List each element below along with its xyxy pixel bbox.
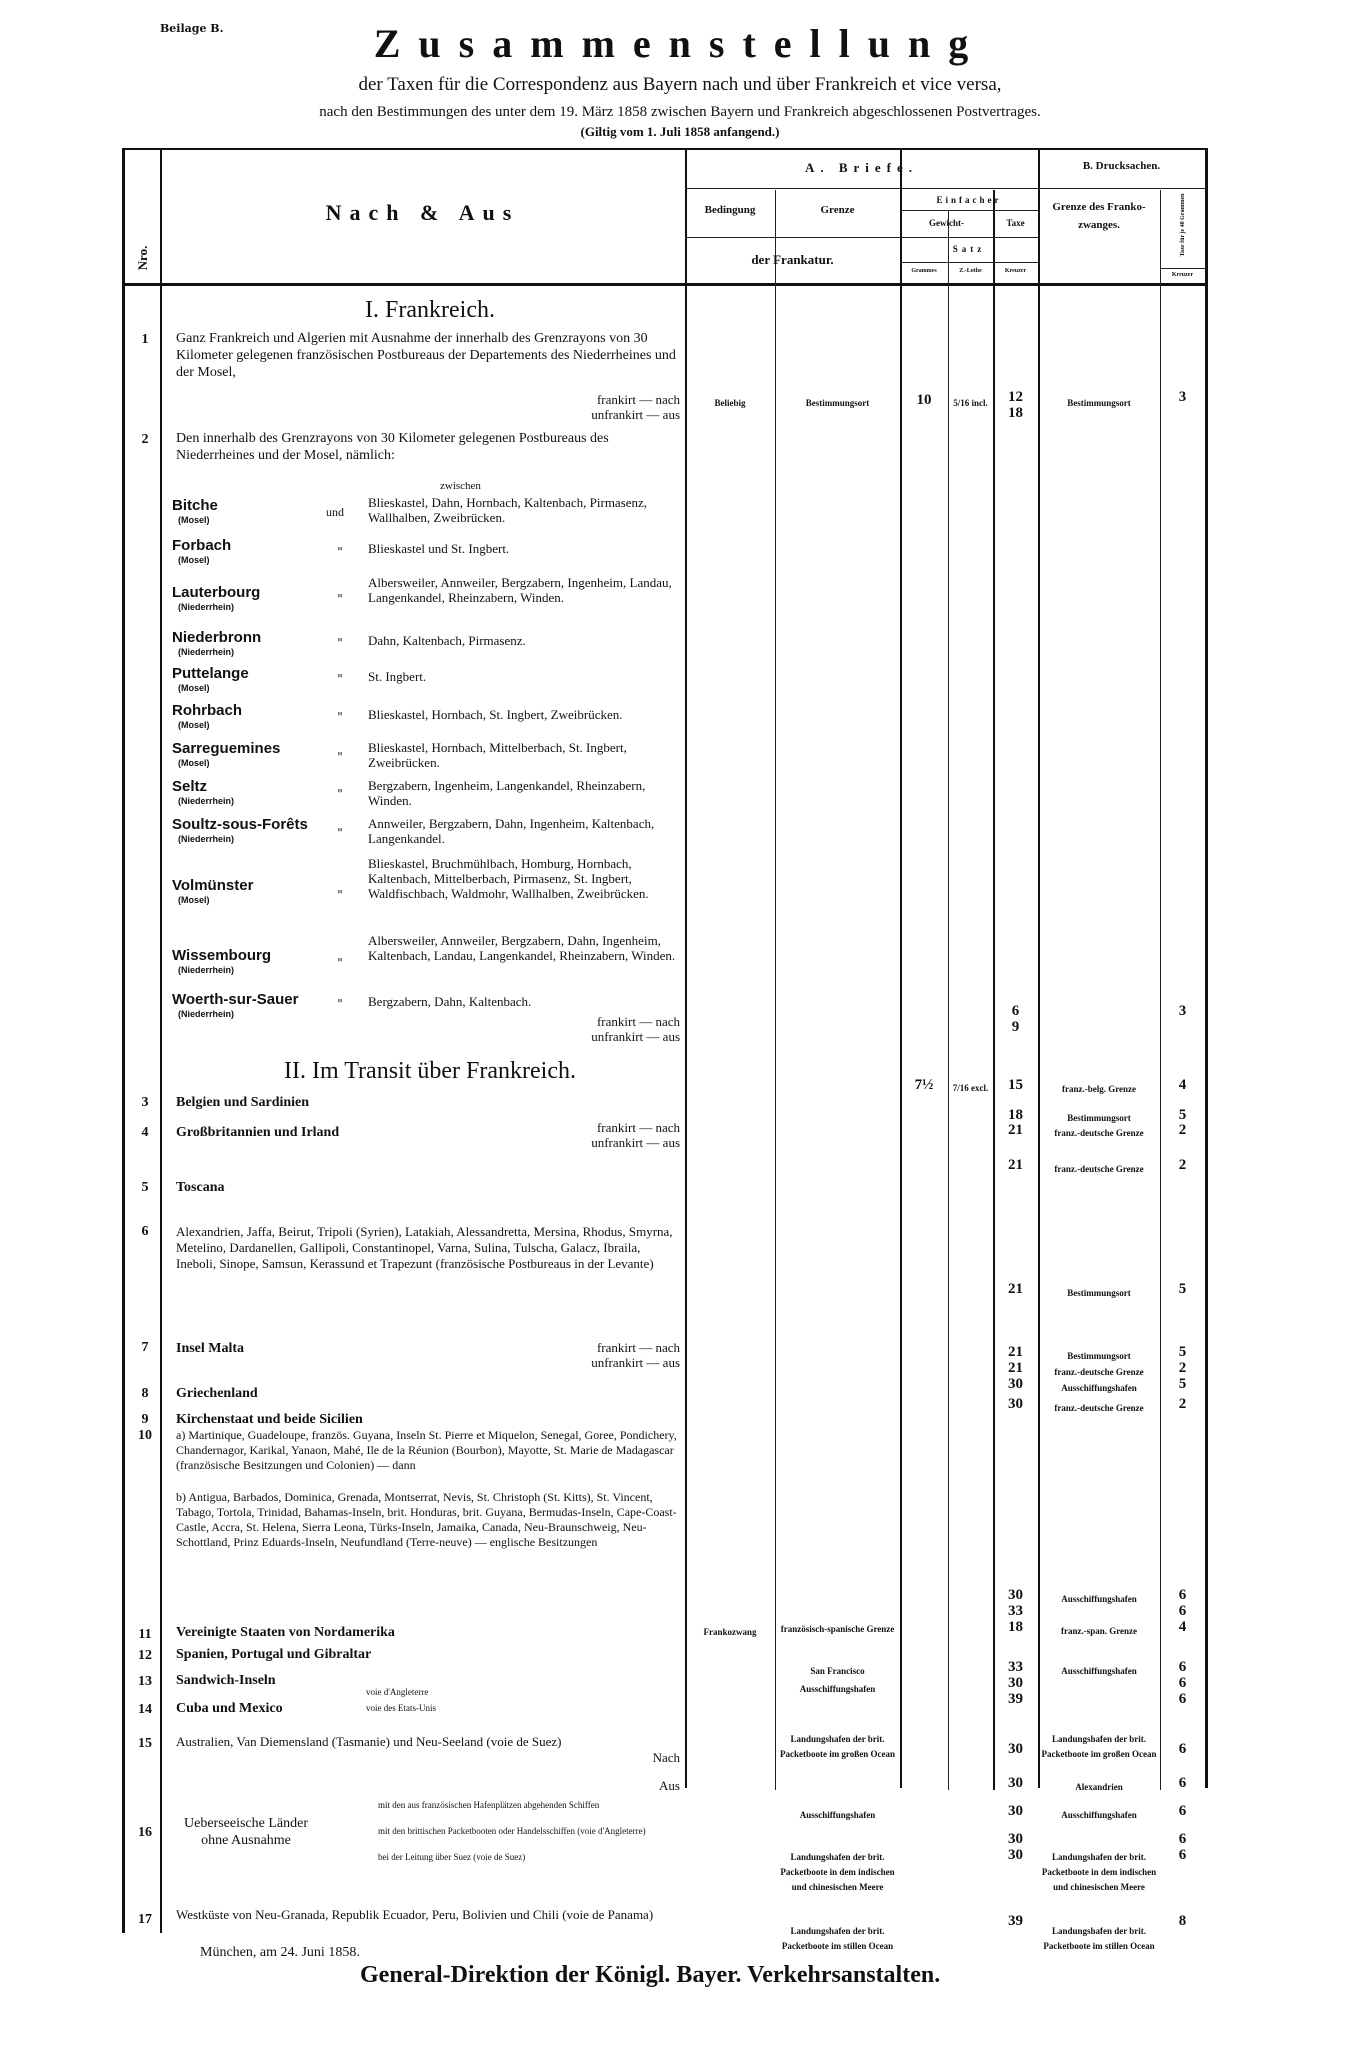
col-kreuzer: Kreuzer — [993, 268, 1038, 274]
taxe-frankirt: 6 — [993, 1004, 1038, 1019]
b-grenze-value: franz.-deutsche Grenze — [1038, 1126, 1160, 1141]
b-grenze-value: Ausschiffungshafen — [1038, 1592, 1160, 1607]
subtitle-1: der Taxen für die Correspondenz aus Baye… — [0, 74, 1360, 96]
b-taxe-value: 6 — [1160, 1676, 1205, 1691]
place-name: Volmünster — [172, 877, 253, 894]
taxe-value: 21 — [993, 1123, 1038, 1138]
grenze-value: Landungshafen der brit. Packetboote im g… — [775, 1732, 900, 1762]
place-dept: (Mosel) — [172, 893, 342, 908]
place-name: Sarreguemines — [172, 740, 280, 757]
place-name: Seltz — [172, 778, 207, 795]
place-dept: (Niederrhein) — [172, 600, 342, 615]
b-taxe-value: 6 — [1160, 1804, 1205, 1819]
col-grenze: Grenze — [775, 204, 900, 216]
via-label: mit den aus französischen Hafenplätzen a… — [378, 1800, 678, 1810]
b-taxe-value: 2 — [1160, 1123, 1205, 1138]
row-number: 17 — [130, 1912, 160, 1928]
b-grenze-value: franz.-belg. Grenze — [1038, 1082, 1160, 1097]
col-nro: Nro. — [135, 233, 151, 283]
taxe-value: 39 — [993, 1914, 1038, 1929]
b-taxe-value: 6 — [1160, 1692, 1205, 1707]
place-towns: Blieskastel, Hornbach, Mittelberbach, St… — [368, 740, 683, 770]
units-rule — [900, 262, 1038, 263]
grenze-value: Ausschiffungshafen — [775, 1808, 900, 1823]
ditto-mark: " — [330, 636, 350, 650]
section-heading-transit: II. Im Transit über Frankreich. — [180, 1058, 680, 1085]
subtitle-2: nach den Bestimmungen des unter dem 19. … — [0, 104, 1360, 121]
via-label: voie d'Angleterre — [366, 1687, 428, 1697]
taxe-value: 30 — [993, 1804, 1038, 1819]
via-label: bei der Leitung über Suez (voie de Suez) — [378, 1852, 678, 1862]
taxe-value: 21 — [993, 1345, 1038, 1360]
taxe-value: 30 — [993, 1676, 1038, 1691]
row-text: Alexandrien, Jaffa, Beirut, Tripoli (Syr… — [176, 1224, 681, 1272]
col-nach-aus: Nach & Aus — [160, 200, 685, 226]
b-grenze-value: Landungshafen der brit. Packetboote im s… — [1038, 1924, 1160, 1954]
document-title: Zusammenstellung — [0, 20, 1360, 67]
b-taxe-value: 2 — [1160, 1397, 1205, 1412]
place-towns: Annweiler, Bergzabern, Dahn, Ingenheim, … — [368, 816, 683, 846]
taxe-frankirt: 12 — [993, 390, 1038, 405]
row-number: 8 — [130, 1386, 160, 1402]
row-number: 1 — [130, 332, 160, 348]
b-taxe-value: 6 — [1160, 1588, 1205, 1603]
grenze-value: Landungshafen der brit. Packetboote in d… — [775, 1850, 900, 1895]
b-taxe-value: 6 — [1160, 1832, 1205, 1847]
row-text: Griechenland — [176, 1385, 681, 1402]
place-towns: Albersweiler, Annweiler, Bergzabern, Ing… — [368, 575, 683, 605]
row-text: Belgien und Sardinien — [176, 1094, 681, 1111]
row-text: Australien, Van Diemensland (Tasmanie) u… — [176, 1733, 681, 1750]
place-item: Forbach(Mosel) — [172, 538, 342, 568]
text-divider — [685, 148, 687, 1788]
b-grenze-value: Ausschiffungshafen — [1038, 1381, 1160, 1396]
einfacher-rule — [900, 210, 1038, 211]
place-towns: St. Ingbert. — [368, 669, 683, 684]
row-number: 9 — [130, 1412, 160, 1428]
b-grenze-value: Landungshafen der brit. Packetboote im g… — [1038, 1732, 1160, 1762]
taxe-value: 39 — [993, 1692, 1038, 1707]
col-taxe: Taxe — [993, 218, 1038, 228]
left-border — [122, 148, 125, 1933]
via-label: voie des Etats-Unis — [366, 1703, 436, 1713]
row-text: Den innerhalb des Grenzrayons von 30 Kil… — [176, 430, 681, 464]
place-item: Volmünster(Mosel) — [172, 878, 342, 908]
taxe-value: 15 — [993, 1078, 1038, 1093]
ditto-mark: " — [330, 710, 350, 724]
place-dept: (Niederrhein) — [172, 645, 342, 660]
nro-divider — [160, 148, 162, 1933]
place-item: Wissembourg(Niederrhein) — [172, 948, 342, 978]
ditto-mark: " — [330, 787, 350, 801]
place-name: Woerth-sur-Sauer — [172, 991, 298, 1008]
col-grammes: Grammes — [900, 268, 948, 274]
col-satz: Satz — [900, 244, 1038, 254]
col-zollloth: Z.-Lothe — [948, 268, 993, 274]
row-text: Spanien, Portugal und Gibraltar — [176, 1646, 681, 1663]
header-bottom-rule — [122, 283, 1207, 286]
row-number: 11 — [130, 1627, 160, 1643]
col-group-b: B. Drucksachen. — [1038, 160, 1205, 172]
b-taxe-value: 5 — [1160, 1377, 1205, 1392]
group-rule — [685, 188, 1205, 189]
taxe-value: 30 — [993, 1588, 1038, 1603]
b-taxe-value: 6 — [1160, 1660, 1205, 1675]
gramm-value: 7½ — [900, 1078, 948, 1093]
place-dept: (Mosel) — [172, 553, 342, 568]
loth-value: 7/16 excl. — [948, 1081, 993, 1096]
loth-value: 5/16 incl. — [948, 396, 993, 411]
taxe-value: 30 — [993, 1776, 1038, 1791]
place-towns: Bergzabern, Dahn, Kaltenbach. — [368, 994, 683, 1009]
row-number: 16 — [130, 1825, 160, 1841]
row-number: 13 — [130, 1674, 160, 1690]
col-einfacher: Einfacher — [900, 195, 1038, 205]
grenze-value: Bestimmungsort — [775, 396, 900, 411]
place-name: Soultz-sous-Forêts — [172, 816, 308, 833]
place-name: Lauterbourg — [172, 584, 260, 601]
row-number: 12 — [130, 1648, 160, 1664]
place-name: Niederbronn — [172, 629, 261, 646]
row-text-a: a) Martinique, Guadeloupe, französ. Guya… — [176, 1428, 681, 1473]
satz-rule — [900, 237, 1038, 238]
place-towns: Blieskastel, Hornbach, St. Ingbert, Zwei… — [368, 707, 683, 722]
row-text: Kirchenstaat und beide Sicilien — [176, 1411, 681, 1428]
b-taxe-value: 6 — [1160, 1776, 1205, 1791]
right-border — [1205, 148, 1208, 1788]
b-taxe-value: 4 — [1160, 1620, 1205, 1635]
row-number: 10 — [130, 1428, 160, 1444]
b-grenze-value: Landungshafen der brit. Packetboote in d… — [1038, 1850, 1160, 1895]
b-grenze-value: Bestimmungsort — [1038, 396, 1160, 411]
place-dept: (Mosel) — [172, 756, 342, 771]
row-number: 6 — [130, 1224, 160, 1240]
b-taxe-value: 2 — [1160, 1361, 1205, 1376]
place-towns: Dahn, Kaltenbach, Pirmasenz. — [368, 633, 683, 648]
place-item: Sarreguemines(Mosel) — [172, 741, 342, 771]
frankirt-label: frankirt — nach — [430, 392, 680, 407]
b-grenze-value: franz.-deutsche Grenze — [1038, 1401, 1160, 1416]
place-item: Soultz-sous-Forêts(Niederrhein) — [172, 817, 342, 847]
ditto-mark: " — [330, 592, 350, 606]
place-dept: (Niederrhein) — [172, 963, 342, 978]
grenze-value: Landungshafen der brit. Packetboote im s… — [775, 1924, 900, 1954]
place-dept: (Mosel) — [172, 681, 342, 696]
kreuzer-b-rule — [1160, 268, 1205, 269]
ditto-mark: " — [330, 750, 350, 764]
taxe-value: 30 — [993, 1742, 1038, 1757]
taxe-value: 21 — [993, 1282, 1038, 1297]
place-name: Wissembourg — [172, 947, 271, 964]
row-text: Toscana — [176, 1179, 681, 1196]
row-number: 3 — [130, 1095, 160, 1111]
row-number: 14 — [130, 1702, 160, 1718]
unfrankirt-label: unfrankirt — aus — [430, 407, 680, 422]
place-item: Lauterbourg(Niederrhein) — [172, 585, 342, 615]
unfrankirt-label: unfrankirt — aus — [430, 1135, 680, 1150]
aus-label: Aus — [430, 1778, 680, 1793]
row-number: 15 — [130, 1736, 160, 1752]
taxe-value: 30 — [993, 1377, 1038, 1392]
row-number: 4 — [130, 1125, 160, 1141]
place-date: München, am 24. Juni 1858. — [200, 1945, 360, 1961]
ditto-mark: " — [330, 997, 350, 1011]
b-taxe-value: 6 — [1160, 1742, 1205, 1757]
frankirt-label: frankirt — nach — [430, 1120, 680, 1135]
row-number: 5 — [130, 1180, 160, 1196]
place-towns: Albersweiler, Annweiler, Bergzabern, Dah… — [368, 933, 683, 963]
b-divider — [1160, 190, 1161, 1790]
row-text: Ueberseeische Länder ohne Ausnahme — [176, 1815, 316, 1849]
row-text: Sandwich-Inseln — [176, 1672, 681, 1689]
place-towns: Bergzabern, Ingenheim, Langenkandel, Rhe… — [368, 778, 683, 808]
b-grenze-value: Alexandrien — [1038, 1780, 1160, 1795]
place-dept: (Niederrhein) — [172, 794, 342, 809]
place-item: Puttelange(Mosel) — [172, 666, 342, 696]
b-taxe-value: 5 — [1160, 1345, 1205, 1360]
ditto-mark: " — [330, 888, 350, 902]
grenze-value: Ausschiffungshafen — [775, 1682, 900, 1697]
table-top-rule — [122, 148, 1207, 150]
frankirt-label: frankirt — nach — [430, 1014, 680, 1029]
place-dept: (Mosel) — [172, 718, 342, 733]
place-item: Woerth-sur-Sauer(Niederrhein) — [172, 992, 342, 1022]
unfrankirt-label: unfrankirt — aus — [430, 1029, 680, 1044]
place-item: Rohrbach(Mosel) — [172, 703, 342, 733]
validity-note: (Giltig vom 1. Juli 1858 anfangend.) — [0, 124, 1360, 140]
place-towns: Blieskastel, Dahn, Hornbach, Kaltenbach,… — [368, 495, 683, 525]
taxe-value: 30 — [993, 1397, 1038, 1412]
row-number: 7 — [130, 1340, 160, 1356]
signature: General-Direktion der Königl. Bayer. Ver… — [360, 1962, 940, 1989]
taxe-value: 21 — [993, 1158, 1038, 1173]
place-name: Bitche — [172, 497, 218, 514]
col-grenze-frankozwang: Grenze des Franko-zwanges. — [1040, 198, 1158, 234]
zwischen-label: zwischen — [440, 480, 481, 492]
grenze-value: San Francisco — [775, 1664, 900, 1679]
b-taxe-value: 8 — [1160, 1914, 1205, 1929]
taxe-value: 21 — [993, 1361, 1038, 1376]
place-item: Bitche(Mosel) — [172, 498, 342, 528]
b-grenze-value: Bestimmungsort — [1038, 1349, 1160, 1364]
loth-divider — [993, 190, 995, 1790]
row-text: Cuba und Mexico — [176, 1700, 336, 1717]
row-text: Ganz Frankreich und Algerien mit Ausnahm… — [176, 330, 681, 381]
taxe-value: 33 — [993, 1660, 1038, 1675]
b-taxe-value: 2 — [1160, 1158, 1205, 1173]
col-kreuzer-b: Kreuzer — [1160, 272, 1205, 278]
bedingung-divider — [775, 190, 776, 1790]
ab-divider — [1038, 148, 1040, 1788]
place-item: Seltz(Niederrhein) — [172, 779, 342, 809]
b-grenze-value: Bestimmungsort — [1038, 1286, 1160, 1301]
b-grenze-value: franz.-deutsche Grenze — [1038, 1162, 1160, 1177]
frankirt-label: frankirt — nach — [430, 1340, 680, 1355]
b-grenze-value: Bestimmungsort — [1038, 1111, 1160, 1126]
taxe-value: 30 — [993, 1848, 1038, 1863]
place-dept: (Niederrhein) — [172, 1007, 342, 1022]
b-taxe-value: 3 — [1160, 390, 1205, 405]
unfrankirt-label: unfrankirt — aus — [430, 1355, 680, 1370]
col-der-frankatur: der Frankatur. — [685, 252, 900, 268]
col-taxe-b: Taxe für je 40 Grammen — [1180, 185, 1186, 265]
col-gewicht: Gewicht- — [900, 218, 993, 228]
b-taxe-value: 4 — [1160, 1078, 1205, 1093]
frankatur-rule — [685, 237, 900, 238]
b-taxe-value: 6 — [1160, 1848, 1205, 1863]
place-item: Niederbronn(Niederrhein) — [172, 630, 342, 660]
col-bedingung: Bedingung — [685, 204, 775, 216]
via-label: mit den brittischen Packetbooten oder Ha… — [378, 1826, 678, 1836]
bedingung-value: Beliebig — [685, 396, 775, 411]
section-heading-frankreich: I. Frankreich. — [180, 297, 680, 324]
ditto-mark: " — [330, 545, 350, 559]
b-taxe-value: 6 — [1160, 1604, 1205, 1619]
ditto-mark: " — [330, 826, 350, 840]
taxe-value: 30 — [993, 1832, 1038, 1847]
b-taxe-value: 5 — [1160, 1108, 1205, 1123]
b-grenze-value: Ausschiffungshafen — [1038, 1664, 1160, 1679]
b-grenze-value: franz.-deutsche Grenze — [1038, 1365, 1160, 1380]
ditto-mark: " — [330, 672, 350, 686]
grenze-value: französisch-spanische Grenze — [775, 1622, 900, 1637]
place-dept: (Niederrhein) — [172, 832, 342, 847]
gramm-divider — [948, 210, 949, 1790]
taxe-value: 18 — [993, 1108, 1038, 1123]
row-text-b: b) Antigua, Barbados, Dominica, Grenada,… — [176, 1490, 681, 1550]
taxe-value: 18 — [993, 1620, 1038, 1635]
b-taxe-value: 3 — [1160, 1004, 1205, 1019]
b-taxe-value: 5 — [1160, 1282, 1205, 1297]
taxe-unfrankirt: 9 — [993, 1020, 1038, 1035]
nach-label: Nach — [430, 1750, 680, 1765]
row-text: Westküste von Neu-Granada, Republik Ecua… — [176, 1906, 681, 1923]
row-number: 2 — [130, 432, 160, 448]
taxe-unfrankirt: 18 — [993, 406, 1038, 421]
b-grenze-value: franz.-span. Grenze — [1038, 1624, 1160, 1639]
bedingung-value: Frankozwang — [685, 1625, 775, 1640]
place-name: Puttelange — [172, 665, 249, 682]
row-text: Vereinigte Staaten von Nordamerika — [176, 1624, 681, 1641]
place-name: Rohrbach — [172, 702, 242, 719]
col-group-a: A. Briefe. — [685, 160, 1038, 176]
taxe-value: 33 — [993, 1604, 1038, 1619]
b-grenze-value: Ausschiffungshafen — [1038, 1808, 1160, 1823]
place-towns: Blieskastel und St. Ingbert. — [368, 541, 683, 556]
ditto-mark: " — [330, 956, 350, 970]
place-name: Forbach — [172, 537, 231, 554]
place-towns: Blieskastel, Bruchmühlbach, Homburg, Hor… — [368, 856, 683, 901]
gramm-value: 10 — [900, 393, 948, 408]
place-dept: (Mosel) — [172, 513, 342, 528]
